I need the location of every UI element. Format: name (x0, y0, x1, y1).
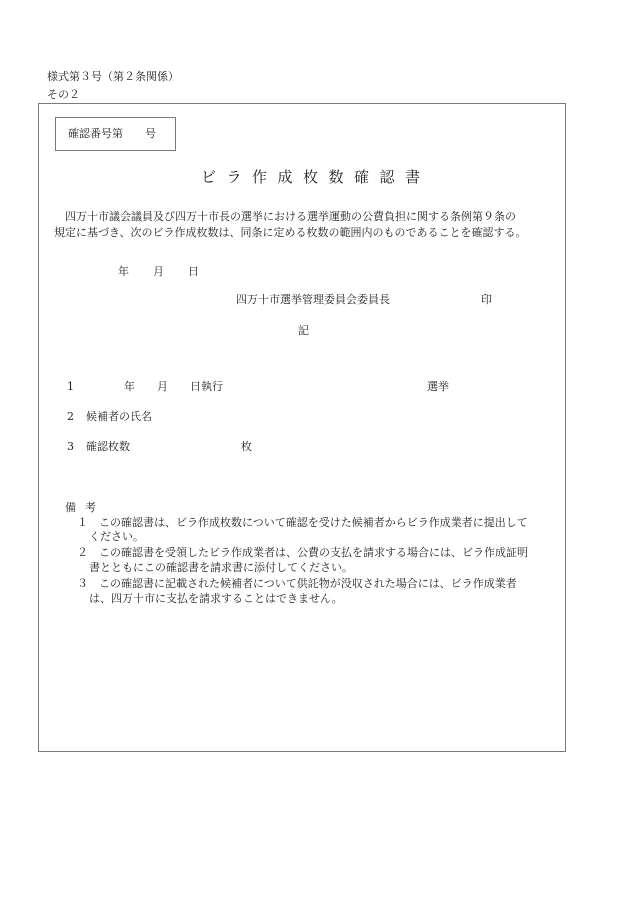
item-1-number: 1 (67, 380, 74, 394)
intro-line-1: 四万十市議会議員及び四万十市長の選挙における選挙運動の公費負担に関する条例第９条… (65, 209, 516, 225)
note-line: ください。 (89, 530, 144, 544)
item-3-number: 3 (67, 440, 74, 453)
item-3-confirmed-count: 3確認枚数 (67, 440, 130, 454)
note-line: は、四万十市に支払を請求することはできません。 (89, 592, 343, 606)
issuer-name: 四万十市選挙管理委員会委員長 (236, 293, 390, 307)
issue-date: 年月日 (118, 265, 199, 279)
item-3-unit: 枚 (241, 440, 252, 454)
item-2-label: 候補者の氏名 (86, 410, 152, 423)
item-3-label: 確認枚数 (86, 440, 130, 453)
note-line: １ この確認書は、ビラ作成枚数について確認を受けた候補者からビラ作成業者に提出し… (77, 516, 528, 530)
item-1-election-date: 年 月 日執行 (124, 380, 223, 394)
date-year: 年 (118, 265, 129, 279)
note-line: ３ この確認書に記載された候補者について供託物が没収された場合には、ビラ作成業者 (77, 577, 517, 591)
note-line: 書とともにこの確認書を請求書に添付してください。 (89, 561, 353, 575)
intro-line-2: 規定に基づき、次のビラ作成枚数は、同条に定める枚数の範囲内のものであることを確認… (54, 225, 527, 241)
document-frame (38, 103, 566, 752)
item-2-candidate-name: 2候補者の氏名 (67, 410, 152, 424)
confirmation-number-label: 確認番号第 号 (68, 127, 156, 141)
item-2-number: 2 (67, 410, 74, 423)
notes-heading: 備考 (65, 501, 105, 515)
form-label: 様式第３号（第２条関係） (47, 70, 179, 84)
date-month: 月 (153, 265, 164, 279)
ki-heading: 記 (298, 324, 309, 338)
item-1-election-suffix: 選挙 (427, 380, 449, 394)
document-title: ビラ作成枚数確認書 (201, 166, 431, 187)
date-day: 日 (188, 265, 199, 279)
note-line: ２ この確認書を受領したビラ作成業者は、公費の支払を請求する場合には、ビラ作成証… (77, 546, 528, 560)
seal-mark: 印 (481, 293, 492, 307)
sub-label: その２ (47, 88, 80, 102)
